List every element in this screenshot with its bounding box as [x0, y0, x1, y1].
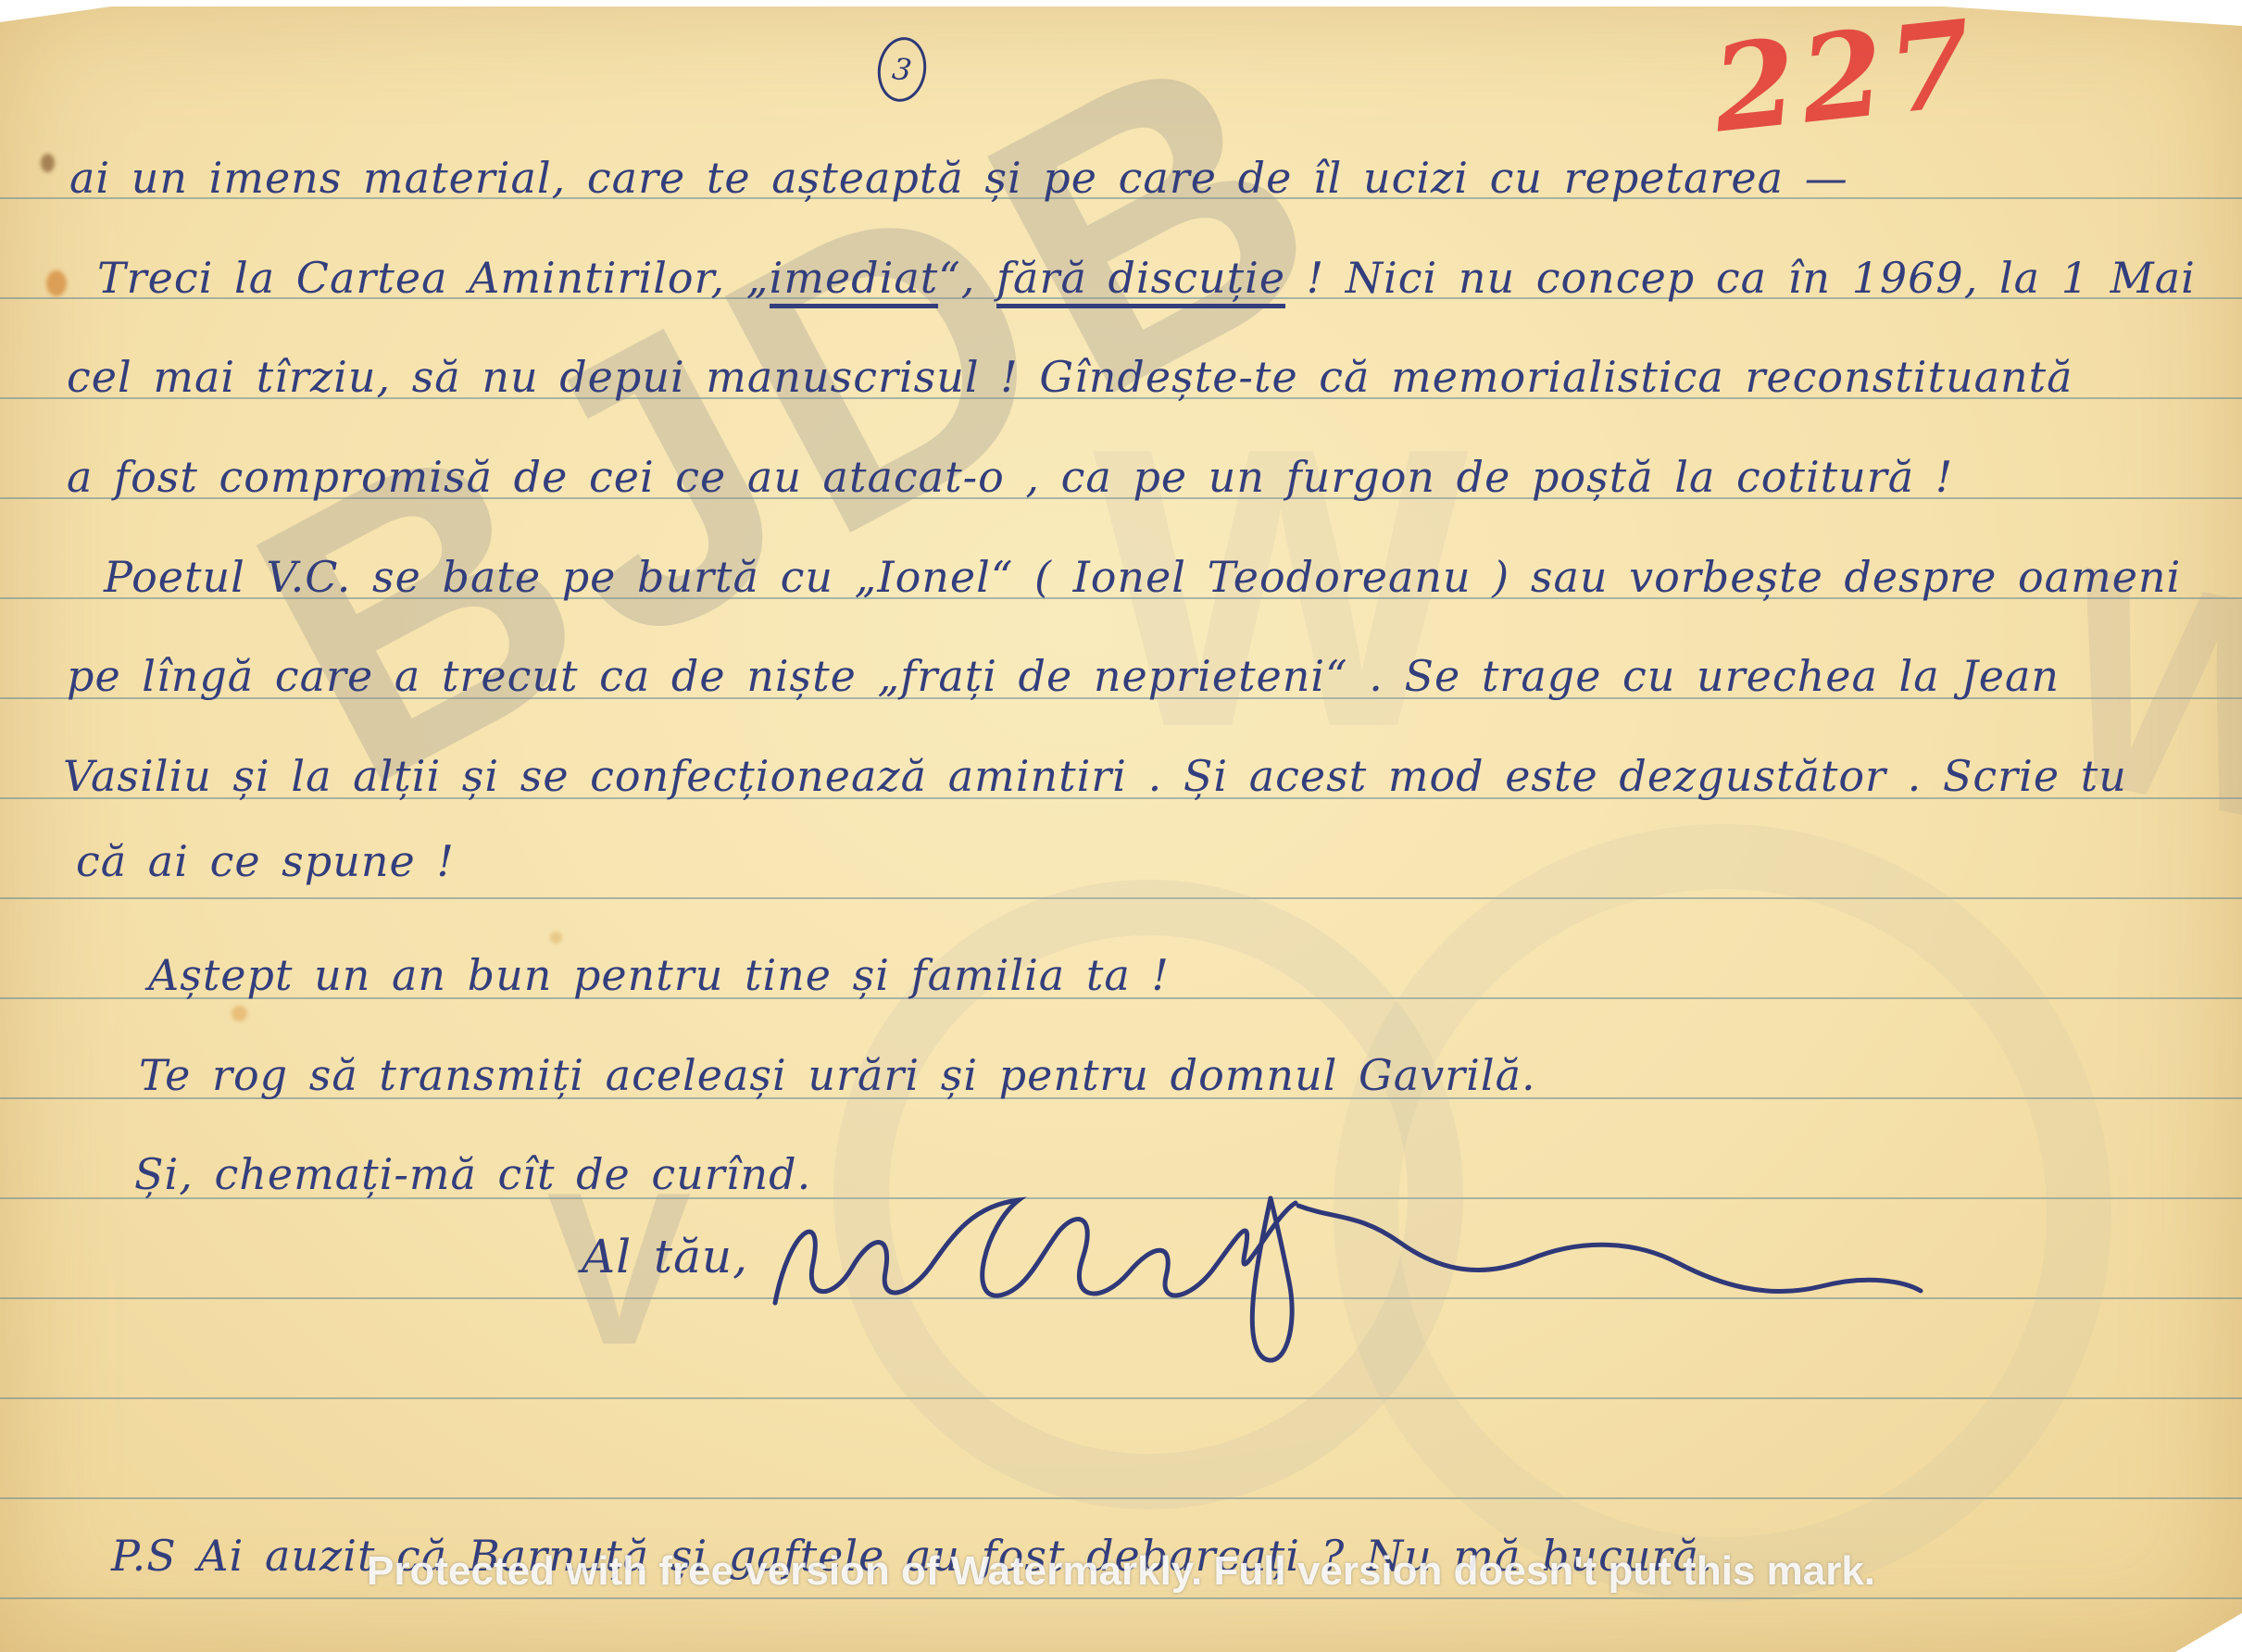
- paper-stain: [46, 270, 67, 296]
- folio-number-red: 227: [1707, 0, 1984, 159]
- scanned-letter-page: BJDB V W W 3 227 ai un imens material, c…: [0, 0, 2242, 1652]
- letter-line: Te rog să transmiți aceleași urări și pe…: [139, 1052, 1536, 1099]
- letter-line: ai un imens material, care te așteaptă ș…: [69, 155, 1848, 202]
- letter-line: cel mai tîrziu, să nu depui manuscrisul …: [67, 354, 2073, 401]
- letter-line-segment: “,: [938, 253, 996, 303]
- closing-salutation: Al tău,: [582, 1232, 748, 1283]
- scan-edge: [2175, 1613, 2242, 1652]
- underlined-phrase: fără discuție: [996, 253, 1285, 308]
- scan-edge: [0, 0, 157, 22]
- letter-line: Poetul V.C. se bate pe burtă cu „Ionel“ …: [104, 554, 2181, 601]
- letter-line: Aștept un an bun pentru tine și familia …: [148, 952, 1170, 999]
- signature: [752, 1187, 1937, 1372]
- letter-line: Vasiliu și la alții și se confecționează…: [63, 753, 2127, 800]
- paper-stain: [41, 154, 55, 172]
- letter-line-segment: ! Nici nu concep ca în 1969, la 1 Mai: [1285, 253, 2196, 303]
- letter-line: pe lîngă care a trecut ca de niște „fraț…: [67, 653, 2060, 700]
- letter-line: că ai ce spune !: [76, 838, 455, 885]
- letter-line-segment: Treci la Cartea Amintirilor, „: [97, 253, 770, 303]
- paper-stain: [550, 932, 562, 944]
- postscript-line: P.S Ai auzit că Barnuță și gaftele au fo…: [111, 1533, 1714, 1580]
- letter-line: Și, chemați-mă cît de curînd.: [134, 1151, 811, 1198]
- paper-stain: [232, 1006, 247, 1021]
- bjdb-watermark: BJDB: [205, 0, 1381, 847]
- underlined-word: imediat: [770, 253, 939, 308]
- letter-line: a fost compromisă de cei ce au atacat-o …: [67, 454, 1953, 501]
- circled-page-marker: 3: [873, 34, 930, 106]
- letter-line: Treci la Cartea Amintirilor, „imediat“, …: [97, 255, 2196, 302]
